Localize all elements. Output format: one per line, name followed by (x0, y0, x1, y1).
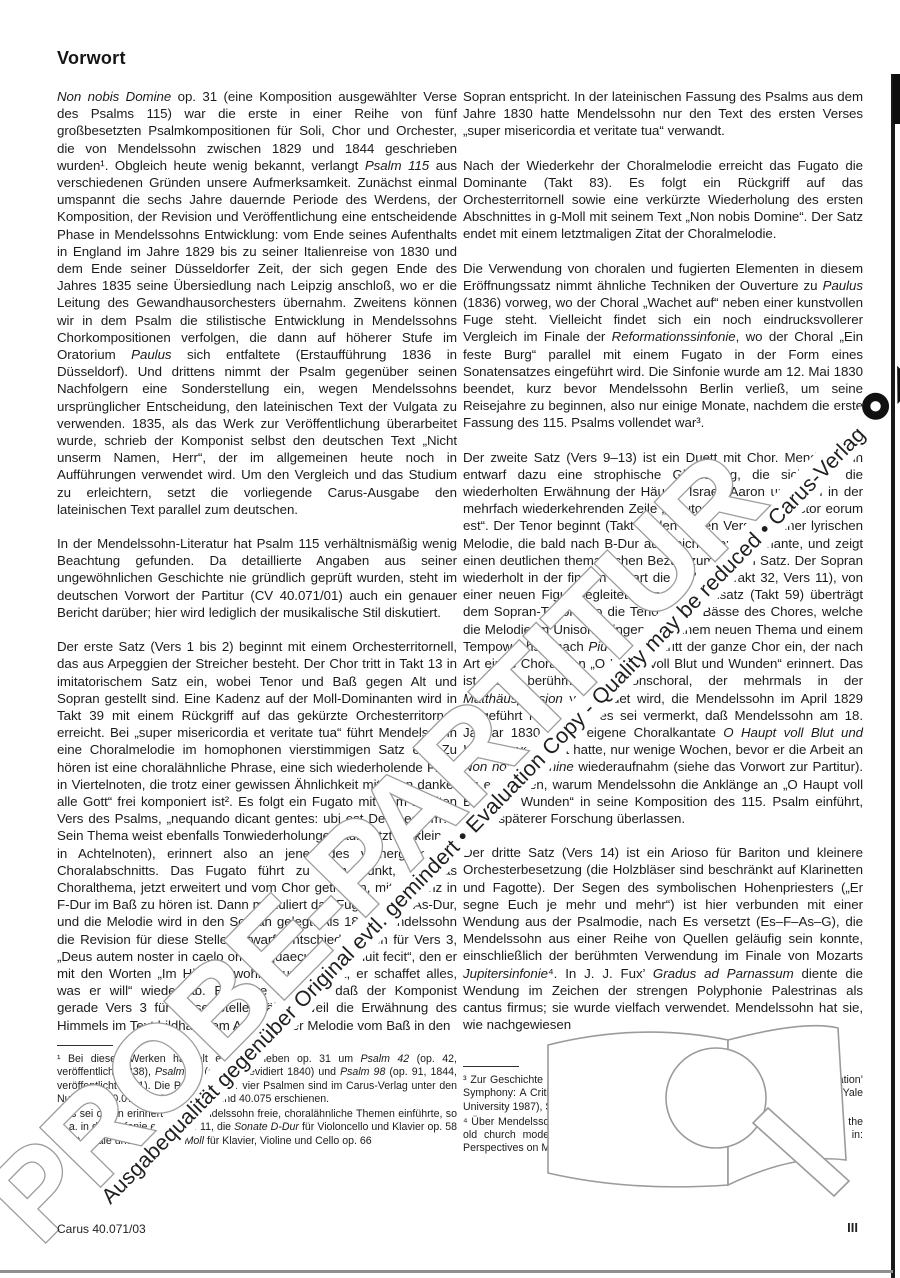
paragraph: In der Mendelssohn-Literatur hat Psalm 1… (57, 535, 457, 621)
paragraph: Der zweite Satz (Vers 9–13) ist ein Duet… (463, 449, 863, 827)
footnote-block-right: ³ Zur Geschichte der Sinfonie vgl. Judit… (463, 1066, 863, 1158)
paragraph: ¹ Bei diesen Werken handelt es sich nebe… (57, 1053, 457, 1106)
page-number: III (847, 1220, 858, 1235)
paragraph: Sopran entspricht. In der lateinischen F… (463, 88, 863, 140)
column-right: Sopran entspricht. In der lateinischen F… (463, 88, 863, 1228)
body-paragraphs-left: Non nobis Domine op. 31 (eine Kompositio… (57, 88, 457, 1034)
column-left: Non nobis Domine op. 31 (eine Kompositio… (57, 88, 457, 1228)
paragraph: Die Verwendung von choralen und fugierte… (463, 260, 863, 432)
paragraph: ⁴ Über Mendelssohns Vertrautheit mit die… (463, 1116, 863, 1156)
footnotes-left: ¹ Bei diesen Werken handelt es sich nebe… (57, 1053, 457, 1148)
paragraph: Non nobis Domine op. 31 (eine Kompositio… (57, 88, 457, 518)
footnotes-right: ³ Zur Geschichte der Sinfonie vgl. Judit… (463, 1074, 863, 1156)
page-title: Vorwort (57, 48, 126, 69)
paragraph: Nach der Wiederkehr der Choralmelodie er… (463, 157, 863, 243)
paragraph: ² Es sei daran erinnert, daß Mendelssohn… (57, 1108, 457, 1148)
footnote-block-left: ¹ Bei diesen Werken handelt es sich nebe… (57, 1045, 457, 1150)
scan-edge-artifact-bottom (0, 1270, 893, 1273)
paragraph: Der erste Satz (Vers 1 bis 2) beginnt mi… (57, 638, 457, 1034)
scanned-preface-page: Vorwort Non nobis Domine op. 31 (eine Ko… (0, 0, 900, 1278)
edition-number: Carus 40.071/03 (57, 1222, 146, 1236)
scan-edge-artifact-right (891, 74, 895, 1278)
paragraph: ³ Zur Geschichte der Sinfonie vgl. Judit… (463, 1074, 863, 1114)
scan-edge-artifact-corner (893, 74, 900, 124)
paragraph: Der dritte Satz (Vers 14) ist ein Arioso… (463, 844, 863, 1033)
footnote-rule (57, 1045, 113, 1046)
footnote-rule (463, 1066, 519, 1067)
body-paragraphs-right: Sopran entspricht. In der lateinischen F… (463, 88, 863, 1033)
